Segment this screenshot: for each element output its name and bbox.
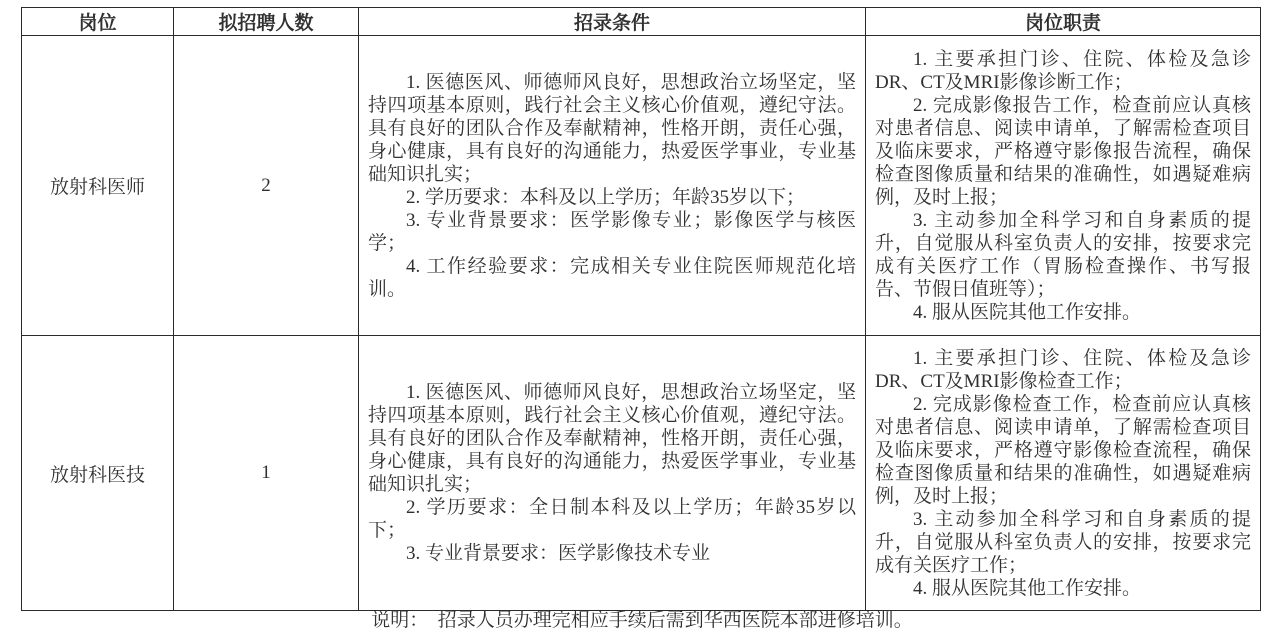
table-row-radiology-physician: 放射科医师 2 1. 医德医风、师德师风良好，思想政治立场坚定，坚持四项基本原则…	[22, 36, 1261, 336]
condition-item: 4. 工作经验要求：完成相关专业住院医师规范化培训。	[368, 255, 856, 301]
table-row-radiology-technician: 放射科医技 1 1. 医德医风、师德师风良好，思想政治立场坚定，坚持四项基本原则…	[22, 336, 1261, 611]
duties-cell: 1. 主要承担门诊、住院、体检及急诊DR、CT及MRI影像诊断工作； 2. 完成…	[866, 36, 1261, 336]
headcount-cell: 1	[174, 336, 359, 611]
header-duties: 岗位职责	[866, 8, 1261, 36]
conditions-cell: 1. 医德医风、师德师风良好，思想政治立场坚定，坚持四项基本原则，践行社会主义核…	[359, 336, 866, 611]
condition-item: 2. 学历要求：本科及以上学历；年龄35岁以下；	[368, 186, 856, 209]
footer-note: 说明： 招录人员办理完相应手续后需到华西医院本部进修培训。	[0, 609, 1284, 633]
header-position: 岗位	[22, 8, 174, 36]
conditions-cell: 1. 医德医风、师德师风良好，思想政治立场坚定，坚持四项基本原则，践行社会主义核…	[359, 36, 866, 336]
duty-item: 1. 主要承担门诊、住院、体检及急诊DR、CT及MRI影像诊断工作；	[875, 48, 1251, 94]
duty-item: 1. 主要承担门诊、住院、体检及急诊DR、CT及MRI影像检查工作；	[875, 347, 1251, 393]
duty-item: 3. 主动参加全科学习和自身素质的提升，自觉服从科室负责人的安排，按要求完成有关…	[875, 508, 1251, 577]
position-cell: 放射科医师	[22, 36, 174, 336]
condition-item: 1. 医德医风、师德师风良好，思想政治立场坚定，坚持四项基本原则，践行社会主义核…	[368, 381, 856, 496]
duties-cell: 1. 主要承担门诊、住院、体检及急诊DR、CT及MRI影像检查工作； 2. 完成…	[866, 336, 1261, 611]
duty-item: 2. 完成影像检查工作，检查前应认真核对患者信息、阅读申请单，了解需检查项目及临…	[875, 393, 1251, 508]
duty-item: 3. 主动参加全科学习和自身素质的提升，自觉服从科室负责人的安排，按要求完成有关…	[875, 209, 1251, 301]
table-header-row: 岗位 拟招聘人数 招录条件 岗位职责	[22, 8, 1261, 36]
condition-item: 3. 专业背景要求：医学影像技术专业	[368, 542, 856, 565]
header-conditions: 招录条件	[359, 8, 866, 36]
header-headcount: 拟招聘人数	[174, 8, 359, 36]
headcount-cell: 2	[174, 36, 359, 336]
condition-item: 2. 学历要求：全日制本科及以上学历；年龄35岁以下；	[368, 496, 856, 542]
position-cell: 放射科医技	[22, 336, 174, 611]
duty-item: 4. 服从医院其他工作安排。	[875, 577, 1251, 600]
recruitment-table: 岗位 拟招聘人数 招录条件 岗位职责 放射科医师 2 1. 医德医风、师德师风良…	[21, 7, 1261, 611]
condition-item: 3. 专业背景要求：医学影像专业；影像医学与核医学；	[368, 209, 856, 255]
duty-item: 2. 完成影像报告工作，检查前应认真核对患者信息、阅读申请单，了解需检查项目及临…	[875, 94, 1251, 209]
condition-item: 1. 医德医风、师德师风良好，思想政治立场坚定，坚持四项基本原则，践行社会主义核…	[368, 71, 856, 186]
duty-item: 4. 服从医院其他工作安排。	[875, 301, 1251, 324]
